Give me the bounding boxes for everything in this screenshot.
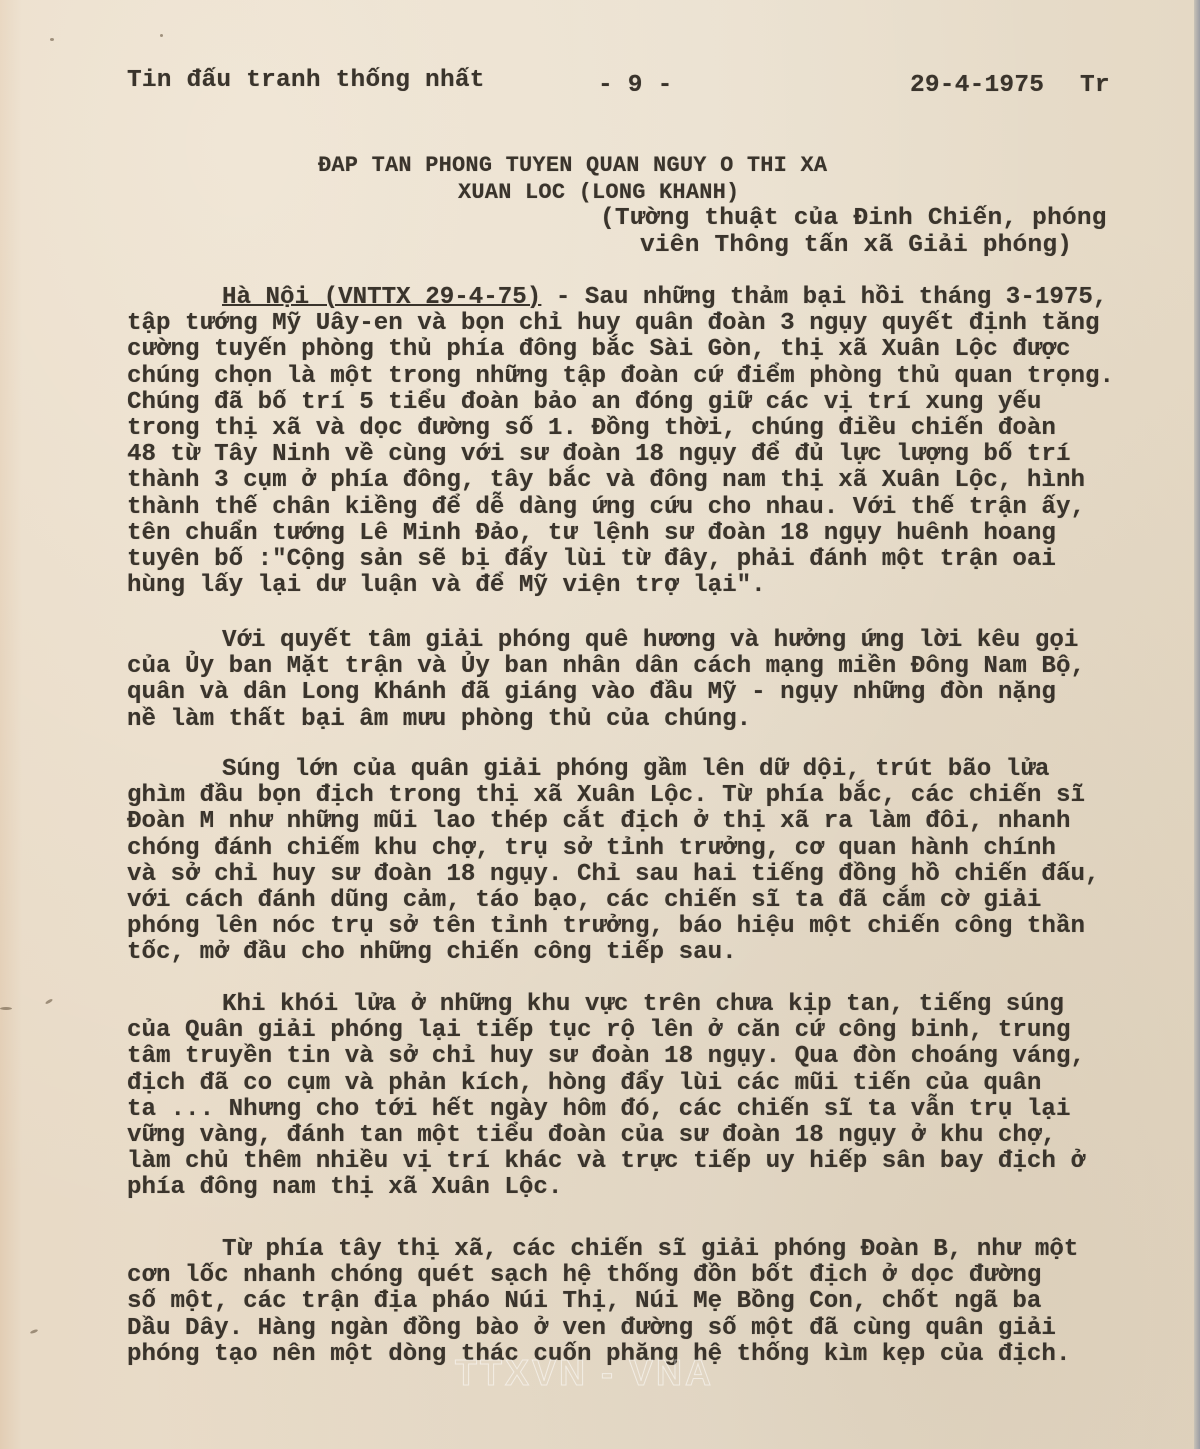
paragraph-line: cường tuyến phòng thủ phía đông bắc Sài … — [127, 337, 1187, 363]
paragraph-line: tâm truyền tin và sở chỉ huy sư đoàn 18 … — [127, 1044, 1187, 1070]
paragraph-4: Khi khói lửa ở những khu vực trên chưa k… — [127, 992, 1187, 1202]
paragraph-line: vững vàng, đánh tan một tiểu đoàn của sư… — [127, 1123, 1187, 1149]
watermark: TTXVN - VNA — [455, 1352, 714, 1394]
paragraph-line: quân và dân Long Khánh đã giáng vào đầu … — [127, 680, 1187, 706]
paragraph-line: phía đông nam thị xã Xuân Lộc. — [127, 1175, 1187, 1201]
paragraph-line: phóng lên nóc trụ sở tên tỉnh trưởng, bá… — [127, 914, 1187, 940]
paragraph-line: cơn lốc nhanh chóng quét sạch hệ thống đ… — [127, 1263, 1187, 1289]
paragraph-line: Với quyết tâm giải phóng quê hương và hư… — [127, 628, 1187, 654]
paragraph-line: tên chuẩn tướng Lê Minh Đảo, tư lệnh sư … — [127, 521, 1187, 547]
header-date: 29-4-1975 — [910, 72, 1044, 99]
paragraph-line: Đoàn M như những mũi lao thép cắt địch ở… — [127, 809, 1187, 835]
paragraph-line: nề làm thất bại âm mưu phòng thủ của chú… — [127, 707, 1187, 733]
paragraph-line: Hà Nội (VNTTX 29-4-75) - Sau những thảm … — [127, 285, 1187, 311]
paragraph-line: 48 từ Tây Ninh về cùng với sư đoàn 18 ng… — [127, 442, 1187, 468]
paragraph-line: Từ phía tây thị xã, các chiến sĩ giải ph… — [127, 1237, 1187, 1263]
paragraph-line: hùng lấy lại dư luận và để Mỹ viện trợ l… — [127, 573, 1187, 599]
title-line-2: XUAN LOC (LONG KHANH) — [458, 180, 739, 205]
paragraph-line: Chúng đã bố trí 5 tiểu đoàn bảo an đóng … — [127, 390, 1187, 416]
paragraph-line: số một, các trận địa pháo Núi Thị, Núi M… — [127, 1289, 1187, 1315]
paragraph-line: địch đã co cụm và phản kích, hòng đẩy lù… — [127, 1071, 1187, 1097]
paragraph-line: trong thị xã và dọc đường số 1. Đồng thờ… — [127, 416, 1187, 442]
byline-line-1: (Tường thuật của Đinh Chiến, phóng — [600, 205, 1107, 232]
paragraph-line: ghìm đầu bọn địch trong thị xã Xuân Lộc.… — [127, 783, 1187, 809]
paragraph-line: và sở chỉ huy sư đoàn 18 ngụy. Chỉ sau h… — [127, 862, 1187, 888]
paragraph-line: chúng chọn là một trong những tập đoàn c… — [127, 364, 1187, 390]
byline-line-2: viên Thông tấn xã Giải phóng) — [640, 232, 1072, 259]
paragraph-line: tốc, mở đầu cho những chiến công tiếp sa… — [127, 940, 1187, 966]
paragraph-line: Khi khói lửa ở những khu vực trên chưa k… — [127, 992, 1187, 1018]
paper-speck — [50, 38, 54, 41]
paragraph-3: Súng lớn của quân giải phóng gầm lên dữ … — [127, 757, 1187, 967]
paragraph-line: thành 3 cụm ở phía đông, tây bắc và đông… — [127, 468, 1187, 494]
paragraph-line: làm chủ thêm nhiều vị trí khác và trực t… — [127, 1149, 1187, 1175]
paragraph-2: Với quyết tâm giải phóng quê hương và hư… — [127, 628, 1187, 733]
paragraph-line: với cách đánh dũng cảm, táo bạo, các chi… — [127, 888, 1187, 914]
paragraph-line: Súng lớn của quân giải phóng gầm lên dữ … — [127, 757, 1187, 783]
paragraph-line: ta ... Nhưng cho tới hết ngày hôm đó, cá… — [127, 1097, 1187, 1123]
paragraph-line: của Quân giải phóng lại tiếp tục rộ lên … — [127, 1018, 1187, 1044]
header-code: Tr — [1080, 72, 1110, 99]
paragraph-line: thành thế chân kiềng để dễ dàng ứng cứu … — [127, 495, 1187, 521]
paragraph-line: tuyên bố :"Cộng sản sẽ bị đẩy lùi từ đây… — [127, 547, 1187, 573]
page-edge — [1194, 0, 1200, 1449]
paragraph-line: Dầu Dây. Hàng ngàn đồng bào ở ven đường … — [127, 1316, 1187, 1342]
paragraph-1: Hà Nội (VNTTX 29-4-75) - Sau những thảm … — [127, 285, 1187, 599]
header-source: Tin đấu tranh thống nhất — [127, 67, 485, 94]
paragraph-line: chóng đánh chiếm khu chợ, trụ sở tỉnh tr… — [127, 836, 1187, 862]
paragraph-line: của Ủy ban Mặt trận và Ủy ban nhân dân c… — [127, 654, 1187, 680]
paragraph-line: tập tướng Mỹ Uây-en và bọn chỉ huy quân … — [127, 311, 1187, 337]
title-line-1: ĐAP TAN PHONG TUYEN QUAN NGUY O THI XA — [318, 153, 827, 178]
dateline: Hà Nội (VNTTX 29-4-75) — [222, 284, 541, 311]
paper-speck — [160, 34, 163, 37]
paragraph-5: Từ phía tây thị xã, các chiến sĩ giải ph… — [127, 1237, 1187, 1368]
paper-speck — [0, 1007, 12, 1010]
page-number: - 9 - — [598, 72, 673, 99]
